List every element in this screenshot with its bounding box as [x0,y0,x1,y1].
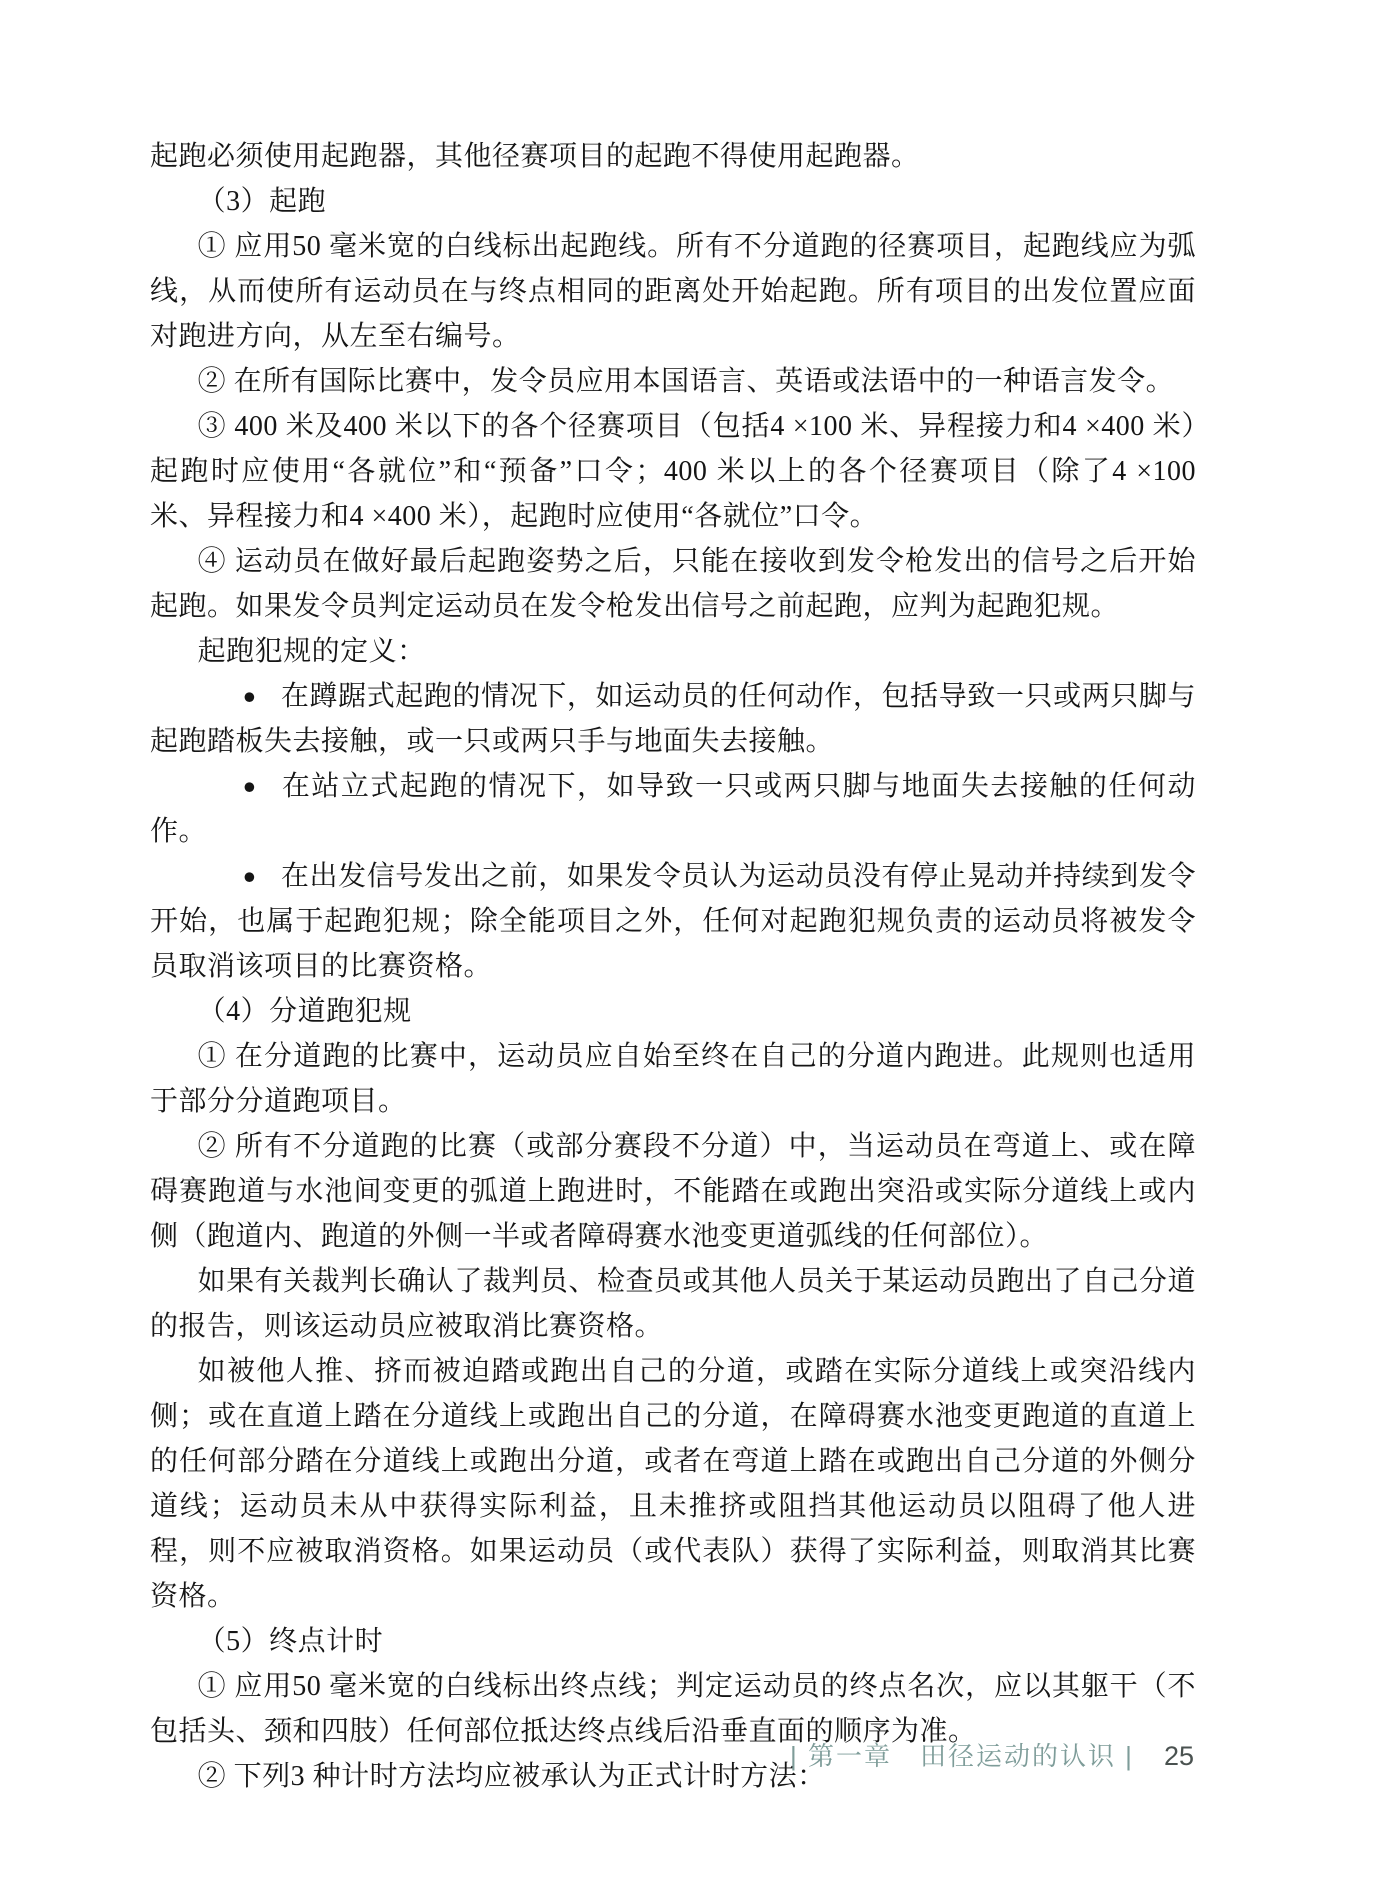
book-page: 起跑必须使用起跑器，其他径赛项目的起跑不得使用起跑器。（3）起跑① 应用50 毫… [0,0,1374,1891]
footer-chapter-label: | 第一章 田径运动的认识 | [790,1736,1134,1773]
paragraph: ③ 400 米及400 米以下的各个径赛项目（包括4 ×100 米、异程接力和4… [150,404,1196,539]
paragraph: ① 应用50 毫米宽的白线标出起跑线。所有不分道跑的径赛项目，起跑线应为弧线，从… [150,224,1196,359]
document-body: 起跑必须使用起跑器，其他径赛项目的起跑不得使用起跑器。（3）起跑① 应用50 毫… [150,134,1196,1799]
paragraph: ② 在所有国际比赛中，发令员应用本国语言、英语或法语中的一种语言发令。 [150,359,1196,404]
paragraph: 如被他人推、挤而被迫踏或跑出自己的分道，或踏在实际分道线上或突沿线内侧；或在直道… [150,1349,1196,1619]
paragraph: （3）起跑 [150,179,1196,224]
paragraph: （5）终点计时 [150,1619,1196,1664]
bullet-icon: ● [204,769,256,805]
bullet-icon: ● [204,859,256,895]
bullet-icon: ● [204,679,256,715]
paragraph: ●在出发信号发出之前，如果发令员认为运动员没有停止晃动并持续到发令开始，也属于起… [150,854,1196,989]
paragraph: 如果有关裁判长确认了裁判员、检查员或其他人员关于某运动员跑出了自己分道的报告，则… [150,1259,1196,1349]
paragraph: ●在蹲踞式起跑的情况下，如运动员的任何动作，包括导致一只或两只脚与起跑踏板失去接… [150,674,1196,764]
paragraph: ●在站立式起跑的情况下，如导致一只或两只脚与地面失去接触的任何动作。 [150,764,1196,854]
footer-page-number: 25 [1164,1741,1194,1772]
paragraph: ② 所有不分道跑的比赛（或部分赛段不分道）中，当运动员在弯道上、或在障碍赛跑道与… [150,1124,1196,1259]
paragraph: 起跑犯规的定义： [150,629,1196,674]
paragraph: 起跑必须使用起跑器，其他径赛项目的起跑不得使用起跑器。 [150,134,1196,179]
page-footer: | 第一章 田径运动的认识 | 25 [790,1736,1194,1773]
paragraph: ④ 运动员在做好最后起跑姿势之后，只能在接收到发令枪发出的信号之后开始起跑。如果… [150,539,1196,629]
paragraph: （4）分道跑犯规 [150,989,1196,1034]
paragraph: ① 在分道跑的比赛中，运动员应自始至终在自己的分道内跑进。此规则也适用于部分分道… [150,1034,1196,1124]
